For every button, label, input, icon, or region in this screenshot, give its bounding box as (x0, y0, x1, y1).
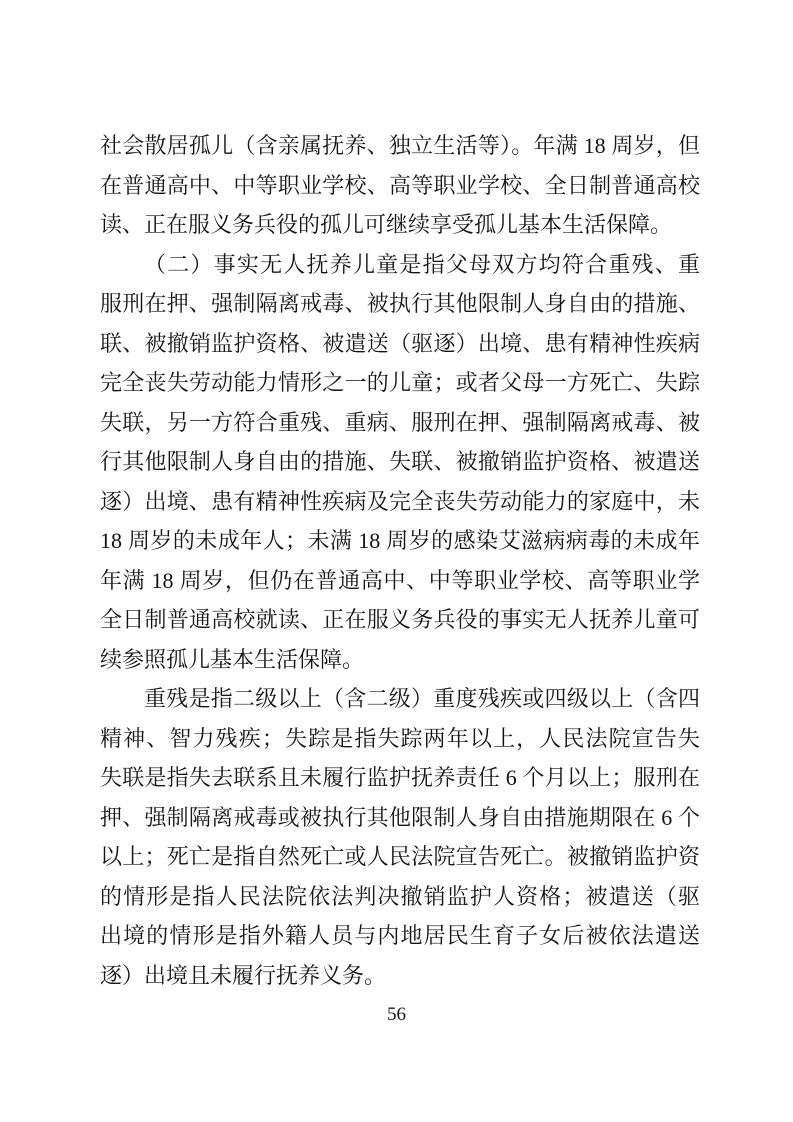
text-line: 失联是指失去联系且未履行监护抚养责任 6 个月以上；服刑在 (100, 758, 700, 798)
text-line: 续参照孤儿基本生活保障。 (100, 640, 700, 680)
text-line: 在普通高中、中等职业学校、高等职业学校、全日制普通高校就 (100, 166, 700, 206)
text-line: 精神、智力残疾；失踪是指失踪两年以上，人民法院宣告失踪； (100, 719, 700, 759)
text-line: （二）事实无人抚养儿童是指父母双方均符合重残、重病、 (100, 245, 700, 285)
text-line: 联、被撤销监护资格、被遣送（驱逐）出境、患有精神性疾病及 (100, 324, 700, 364)
text-line: 重残是指二级以上（含二级）重度残疾或四级以上（含四级） (100, 679, 700, 719)
text-line: 服刑在押、强制隔离戒毒、被执行其他限制人身自由的措施、失 (100, 284, 700, 324)
text-line: 逐）出境、患有精神性疾病及完全丧失劳动能力的家庭中，未满 (100, 482, 700, 522)
text-block: 社会散居孤儿（含亲属抚养、独立生活等）。年满 18 周岁，但仍 在普通高中、中等… (100, 126, 700, 995)
text-line: 年满 18 周岁，但仍在普通高中、中等职业学校、高等职业学校、 (100, 561, 700, 601)
text-line: 18 周岁的未成年人；未满 18 周岁的感染艾滋病病毒的未成年人。 (100, 521, 700, 561)
text-line: 读、正在服义务兵役的孤儿可继续享受孤儿基本生活保障。 (100, 205, 700, 245)
text-line: 失联，另一方符合重残、重病、服刑在押、强制隔离戒毒、被执 (100, 403, 700, 443)
text-line: 行其他限制人身自由的措施、失联、被撤销监护资格、被遣送（驱 (100, 442, 700, 482)
text-line: 押、强制隔离戒毒或被执行其他限制人身自由措施期限在 6 个月 (100, 798, 700, 838)
text-line: 出境的情形是指外籍人员与内地居民生育子女后被依法遣送（驱 (100, 916, 700, 956)
page-number: 56 (0, 1002, 793, 1028)
text-line: 全日制普通高校就读、正在服义务兵役的事实无人抚养儿童可继 (100, 600, 700, 640)
text-line: 的情形是指人民法院依法判决撤销监护人资格；被遣送（驱逐） (100, 877, 700, 917)
text-line: 逐）出境且未履行抚养义务。 (100, 956, 700, 996)
document-page: 社会散居孤儿（含亲属抚养、独立生活等）。年满 18 周岁，但仍 在普通高中、中等… (0, 0, 793, 1122)
text-line: 以上；死亡是指自然死亡或人民法院宣告死亡。被撤销监护资格 (100, 837, 700, 877)
text-line: 完全丧失劳动能力情形之一的儿童；或者父母一方死亡、失踪或 (100, 363, 700, 403)
text-line: 社会散居孤儿（含亲属抚养、独立生活等）。年满 18 周岁，但仍 (100, 126, 700, 166)
